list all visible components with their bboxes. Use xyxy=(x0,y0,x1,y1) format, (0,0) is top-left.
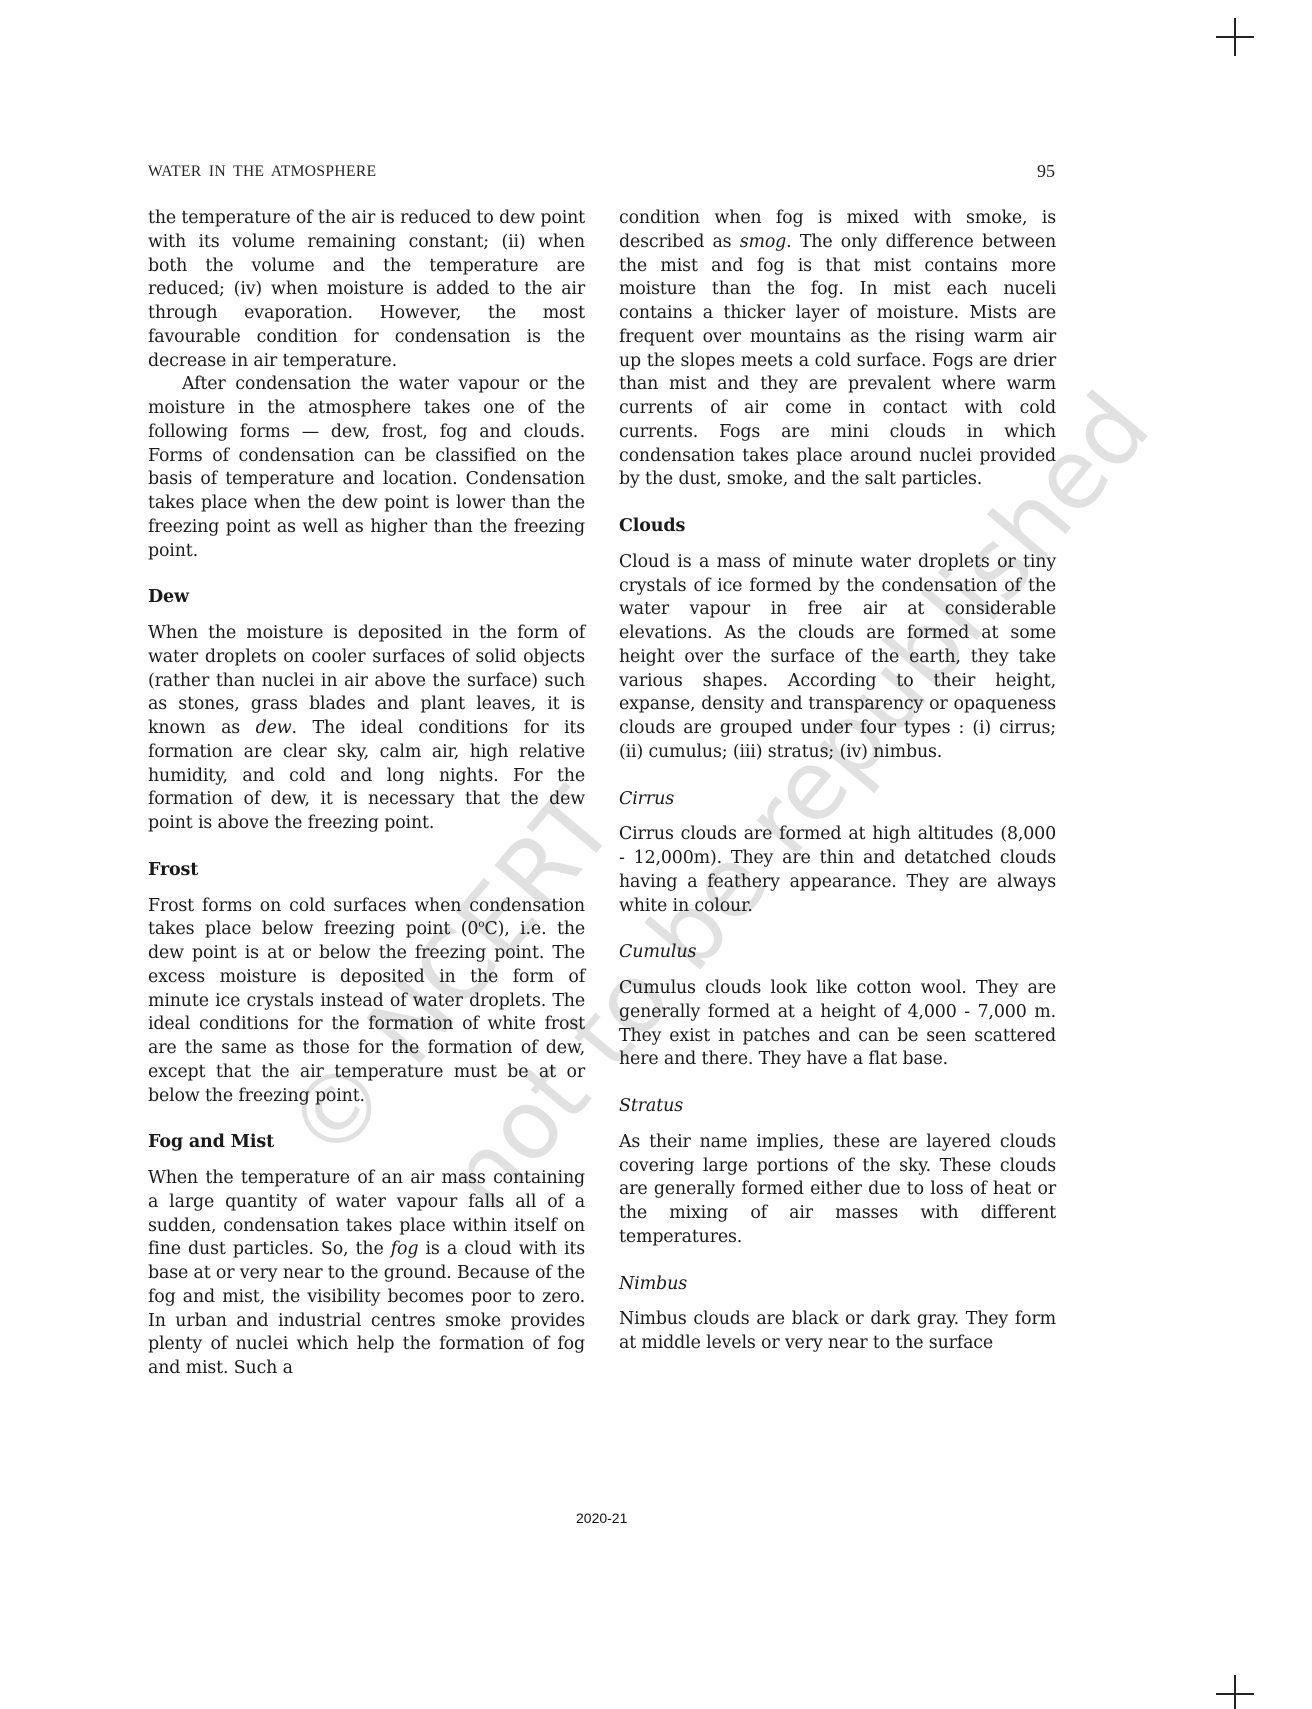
paragraph-clouds: Cloud is a mass of minute water droplets… xyxy=(619,551,1056,765)
footer-year: 2020-21 xyxy=(576,1510,627,1526)
frost-text-part-2: C), i.e. the dew point is at or below th… xyxy=(148,919,585,1105)
paragraph-dew: When the moisture is deposited in the fo… xyxy=(148,622,585,836)
section-heading-clouds: Clouds xyxy=(619,515,1056,539)
paragraph-stratus: As their name implies, these are layered… xyxy=(619,1131,1056,1250)
paragraph-fog-continued: condition when fog is mixed with smoke, … xyxy=(619,207,1056,492)
subheading-cumulus: Cumulus xyxy=(619,941,1056,965)
smog-term: smog xyxy=(740,232,786,252)
crop-mark-bottom-right-icon xyxy=(1216,1675,1254,1709)
paragraph-cirrus: Cirrus clouds are formed at high altitud… xyxy=(619,823,1056,918)
fog-text-part-2: is a cloud with its base at or very near… xyxy=(148,1239,585,1378)
section-heading-fog-and-mist: Fog and Mist xyxy=(148,1131,585,1155)
fog-term: fog xyxy=(391,1239,419,1259)
paragraph-nimbus: Nimbus clouds are black or dark gray. Th… xyxy=(619,1308,1056,1356)
smog-text-part-2: . The only difference between the mist a… xyxy=(619,232,1056,490)
paragraph-fog: When the temperature of an air mass cont… xyxy=(148,1167,585,1381)
left-column: the temperature of the air is reduced to… xyxy=(148,207,585,1381)
paragraph-frost: Frost forms on cold surfaces when conden… xyxy=(148,895,585,1109)
section-heading-frost: Frost xyxy=(148,859,585,883)
paragraph-condensation-conditions: the temperature of the air is reduced to… xyxy=(148,207,585,373)
section-heading-dew: Dew xyxy=(148,586,585,610)
running-title: WATER IN THE ATMOSPHERE xyxy=(148,163,376,181)
page-number: 95 xyxy=(1037,161,1055,182)
subheading-stratus: Stratus xyxy=(619,1095,1056,1119)
subheading-cirrus: Cirrus xyxy=(619,788,1056,812)
crop-mark-top-right-icon xyxy=(1216,18,1254,56)
subheading-nimbus: Nimbus xyxy=(619,1273,1056,1297)
paragraph-forms-of-condensation: After condensation the water vapour or t… xyxy=(148,373,585,563)
right-column: condition when fog is mixed with smoke, … xyxy=(619,207,1056,1356)
paragraph-cumulus: Cumulus clouds look like cotton wool. Th… xyxy=(619,977,1056,1072)
dew-term: dew xyxy=(256,718,292,738)
